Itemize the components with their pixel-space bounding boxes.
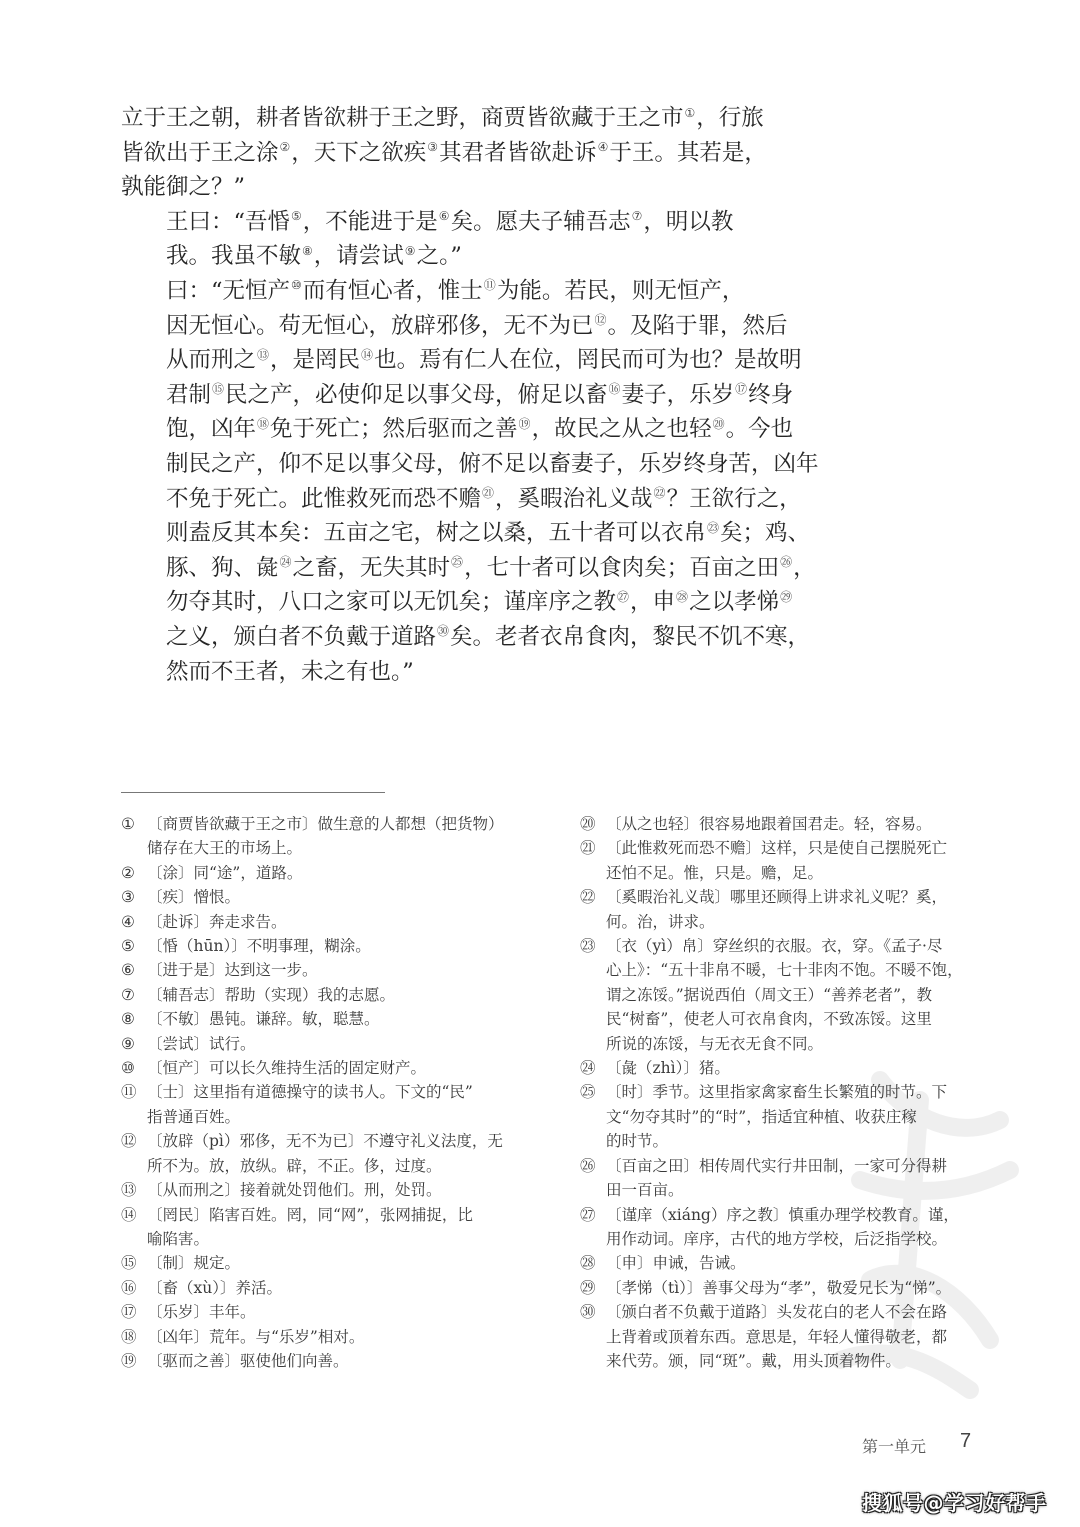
footnote-ref[interactable]: ㉚ [437, 624, 449, 638]
text-line: 豚、狗、彘㉔之畜，无失其时㉕，七十者可以食肉矣；百亩之田㉖， [121, 551, 756, 586]
text-line: 饱，凶年⑱免于死亡；然后驱而之善⑲，故民之从之也轻⑳。今也 [121, 412, 756, 447]
text-run: 民之产，必使仰足以事父母，俯足以畜 [225, 382, 608, 408]
footnote-number: ⑤ [121, 934, 143, 958]
footnote-text: 还怕不足。惟，只是。赡，足。 [606, 861, 975, 885]
footnotes-left-column: ①〔商贾皆欲藏于王之市〕做生意的人都想（把货物）储存在大王的市场上。②〔涂〕同“… [121, 812, 526, 1373]
footnote-text: 〔尝试〕试行。 [147, 1032, 526, 1056]
source-watermark: 搜狐号@学习好帮手 [862, 1487, 1047, 1516]
footnote-text: 〔进于是〕达到这一步。 [147, 958, 526, 982]
footnote: ③〔疾〕憎恨。 [121, 885, 526, 909]
footnote-text: 民“树畜”，使老人可衣帛食肉，不致冻馁。这里 [606, 1007, 975, 1031]
footnote-text: 田一百亩。 [606, 1178, 975, 1202]
page-number: 7 [960, 1430, 971, 1453]
text-run: ，申 [630, 589, 675, 615]
footnote-text: 的时节。 [606, 1129, 975, 1153]
text-run: 王曰：“吾惛 [166, 209, 290, 235]
footnote-number: ⑰ [121, 1300, 143, 1324]
text-run: ，明以教 [643, 209, 733, 235]
text-line: 则盍反其本矣：五亩之宅，树之以桑，五十者可以衣帛㉓矣；鸡、 [121, 516, 756, 551]
text-run: 之畜，无失其时 [293, 555, 451, 581]
footnote-number: ⑦ [121, 983, 143, 1007]
footnote-number: ㉚ [580, 1300, 602, 1324]
footnote-ref[interactable]: ⑬ [257, 348, 269, 362]
footnote-ref[interactable]: ㉓ [707, 521, 719, 535]
footnote-ref[interactable]: ⑭ [361, 348, 373, 362]
footnote-text: 〔驱而之善〕驱使他们向善。 [147, 1349, 526, 1373]
footnote-text: 〔彘（zhì）〕猪。 [606, 1056, 975, 1080]
footnote-text: 〔涂〕同“途”，道路。 [147, 861, 526, 885]
footnote: ㉓〔衣（yì）帛〕穿丝织的衣服。衣，穿。《孟子·尽心上》：“五十非帛不暖，七十非… [580, 934, 975, 1056]
footnote: ④〔赴诉〕奔走求告。 [121, 910, 526, 934]
footnote-number: ⑥ [121, 958, 143, 982]
footnote-ref[interactable]: ㉘ [676, 590, 688, 604]
text-run: 矣；鸡、 [720, 520, 810, 546]
text-line: 君制⑮民之产，必使仰足以事父母，俯足以畜⑯妻子，乐岁⑰终身 [121, 378, 756, 413]
text-run: 妻子，乐岁 [622, 382, 735, 408]
text-run: 则盍反其本矣：五亩之宅，树之以桑，五十者可以衣帛 [166, 520, 706, 546]
footnote: ⑰〔乐岁〕丰年。 [121, 1300, 526, 1324]
footnote-ref[interactable]: ② [280, 140, 291, 154]
footnote-text: 文“勿夺其时”的“时”，指适宜种植、收获庄稼 [606, 1105, 975, 1129]
footnote: ⑫〔放辟（pì）邪侈，无不为已〕不遵守礼义法度，无所不为。放，放纵。辟，不正。侈… [121, 1129, 526, 1178]
text-run: 皆欲出于王之涂 [121, 140, 279, 166]
footnote: ⑮〔制〕规定。 [121, 1251, 526, 1275]
text-run: 。及陷于罪，然后 [608, 313, 788, 339]
footnote-text: 〔此惟救死而恐不赡〕这样，只是使自己摆脱死亡 [606, 836, 975, 860]
footnote-ref[interactable]: ③ [427, 140, 438, 154]
text-run: 。今也 [726, 416, 794, 442]
footnote: ⑱〔凶年〕荒年。与“乐岁”相对。 [121, 1325, 526, 1349]
footnote-text: 心上》：“五十非帛不暖，七十非肉不饱。不暖不饱， [606, 958, 975, 982]
footnote-text: 〔疾〕憎恨。 [147, 885, 526, 909]
footnote-ref[interactable]: ⑪ [484, 278, 496, 292]
footnote-text: 何。治，讲求。 [606, 910, 975, 934]
footnote: ⑥〔进于是〕达到这一步。 [121, 958, 526, 982]
footnote-number: ⑭ [121, 1203, 143, 1227]
text-run: ， [793, 555, 816, 581]
footnote: ㉙〔孝悌（tì）〕善事父母为“孝”，敬爱兄长为“悌”。 [580, 1276, 975, 1300]
footnote-number: ④ [121, 910, 143, 934]
text-run: 终身 [748, 382, 793, 408]
unit-label: 第一单元 [862, 1434, 926, 1457]
footnote-text: 〔乐岁〕丰年。 [147, 1300, 526, 1324]
footnote: ⑲〔驱而之善〕驱使他们向善。 [121, 1349, 526, 1373]
footnote-ref[interactable]: ⑰ [735, 382, 747, 396]
footnote-ref[interactable]: ⑮ [212, 382, 224, 396]
footnote-number: ⑧ [121, 1007, 143, 1031]
footnote-text: 用作动词。庠序，古代的地方学校，后泛指学校。 [606, 1227, 975, 1251]
footnote: ⑨〔尝试〕试行。 [121, 1032, 526, 1056]
footnote: ㉒〔奚暇治礼义哉〕哪里还顾得上讲求礼义呢？奚，何。治，讲求。 [580, 885, 975, 934]
text-run: 饱，凶年 [166, 416, 256, 442]
text-run: 矣。老者衣帛食肉，黎民不饥不寒， [450, 624, 810, 650]
footnote: ㉔〔彘（zhì）〕猪。 [580, 1056, 975, 1080]
text-run: 也。焉有仁人在位，罔民而可为也？是故明 [374, 347, 802, 373]
footnote-text: 来代劳。颁，同“斑”。戴，用头顶着物件。 [606, 1349, 975, 1373]
footnote-number: ㉕ [580, 1080, 602, 1104]
footnote-number: ⑲ [121, 1349, 143, 1373]
text-run: 曰：“无恒产 [166, 278, 290, 304]
text-line: 王曰：“吾惛⑤，不能进于是⑥矣。愿夫子辅吾志⑦，明以教 [121, 205, 756, 240]
footnote-ref[interactable]: ⑲ [519, 417, 531, 431]
footnote-text: 〔制〕规定。 [147, 1251, 526, 1275]
text-run: 不免于死亡。此惟救死而恐不赡 [166, 486, 481, 512]
footnote-ref[interactable]: ㉒ [654, 486, 666, 500]
footnote-number: ㉔ [580, 1056, 602, 1080]
text-run: 然而不王者，未之有也。” [166, 659, 414, 685]
footnote-number: ⑬ [121, 1178, 143, 1202]
text-line: 立于王之朝，耕者皆欲耕于王之野，商贾皆欲藏于王之市①，行旅 [121, 101, 756, 136]
footnote: ㉑〔此惟救死而恐不赡〕这样，只是使自己摆脱死亡还怕不足。惟，只是。赡，足。 [580, 836, 975, 885]
footnote-ref[interactable]: ⑯ [609, 382, 621, 396]
text-run: 之以孝悌 [689, 589, 779, 615]
footnote-number: ㉘ [580, 1251, 602, 1275]
text-run: ，奚暇治礼义哉 [495, 486, 653, 512]
footnote-text: 〔颁白者不负戴于道路〕头发花白的老人不会在路 [606, 1300, 975, 1324]
footnote-number: ㉑ [580, 836, 602, 860]
footnotes-right-column: ⑳〔从之也轻〕很容易地跟着国君走。轻，容易。㉑〔此惟救死而恐不赡〕这样，只是使自… [580, 812, 975, 1373]
footnote: ⑳〔从之也轻〕很容易地跟着国君走。轻，容易。 [580, 812, 975, 836]
footnote-text: 〔惛（hūn）〕不明事理，糊涂。 [147, 934, 526, 958]
paragraph: 立于王之朝，耕者皆欲耕于王之野，商贾皆欲藏于王之市①，行旅皆欲出于王之涂②，天下… [121, 101, 756, 205]
footnote-ref[interactable]: ⑤ [291, 209, 302, 223]
footnote-ref[interactable]: ㉖ [780, 555, 792, 569]
footnote-text: 〔申〕申诫，告诫。 [606, 1251, 975, 1275]
text-line: 因无恒心。苟无恒心，放辟邪侈，无不为已⑫。及陷于罪，然后 [121, 309, 756, 344]
footnote-ref[interactable]: ㉔ [280, 555, 292, 569]
footnote-ref[interactable]: ⑨ [405, 244, 416, 258]
footnote-ref[interactable]: ㉙ [780, 590, 792, 604]
footnote-number: ㉖ [580, 1154, 602, 1178]
footnote: ⑬〔从而刑之〕接着就处罚他们。刑，处罚。 [121, 1178, 526, 1202]
text-run: 矣。愿夫子辅吾志 [451, 209, 631, 235]
text-run: ，天下之欲疾 [291, 140, 426, 166]
text-run: ，是罔民 [270, 347, 360, 373]
text-line: 之义，颁白者不负戴于道路㉚矣。老者衣帛食肉，黎民不饥不寒， [121, 620, 756, 655]
footnote-ref[interactable]: ⑦ [632, 209, 643, 223]
footnote-number: ⑱ [121, 1325, 143, 1349]
footnote-text: 谓之冻馁。”据说西伯（周文王）“善养老者”，教 [606, 983, 975, 1007]
footnote-number: ㉓ [580, 934, 602, 958]
text-run: 孰能御之？” [121, 174, 245, 200]
footnote-number: ㉙ [580, 1276, 602, 1300]
footnote-number: ① [121, 812, 143, 836]
text-line: 制民之产，仰不足以事父母，俯不足以畜妻子，乐岁终身苦，凶年 [121, 447, 756, 482]
footnote-ref[interactable]: ④ [598, 140, 609, 154]
footnote: ⑩〔恒产〕可以长久维持生活的固定财产。 [121, 1056, 526, 1080]
paragraph: 曰：“无恒产⑩而有恒心者，惟士⑪为能。若民，则无恒产，因无恒心。苟无恒心，放辟邪… [121, 274, 756, 689]
footnote-ref[interactable]: ⑥ [439, 209, 450, 223]
footnote-text: 所不为。放，放纵。辟，不正。侈，过度。 [147, 1154, 526, 1178]
footnote-number: ⑳ [580, 812, 602, 836]
footnote-text: 〔士〕这里指有道德操守的读书人。下文的“民” [147, 1080, 526, 1104]
footnote-text: 喻陷害。 [147, 1227, 526, 1251]
text-run: ？王欲行之， [667, 486, 802, 512]
footnote-ref[interactable]: ㉑ [482, 486, 494, 500]
footnote-number: ⑨ [121, 1032, 143, 1056]
text-run: 制民之产，仰不足以事父母，俯不足以畜妻子，乐岁终身苦，凶年 [166, 451, 819, 477]
footnote-text: 〔孝悌（tì）〕善事父母为“孝”，敬爱兄长为“悌”。 [606, 1276, 975, 1300]
footnote-ref[interactable]: ⑳ [713, 417, 725, 431]
footnote-number: ⑯ [121, 1276, 143, 1300]
text-run: 之。” [417, 243, 462, 269]
footnote-text: 储存在大王的市场上。 [147, 836, 526, 860]
footnote-number: ㉒ [580, 885, 602, 909]
text-run: 从而刑之 [166, 347, 256, 373]
footnote-text: 〔从而刑之〕接着就处罚他们。刑，处罚。 [147, 1178, 526, 1202]
text-run: 立于王之朝，耕者皆欲耕于王之野，商贾皆欲藏于王之市 [121, 105, 684, 131]
footnote: ㉗〔谨庠（xiáng）序之教〕慎重办理学校教育。谨，用作动词。庠序，古代的地方学… [580, 1203, 975, 1252]
text-run: 免于死亡；然后驱而之善 [270, 416, 518, 442]
footnote-text: 〔谨庠（xiáng）序之教〕慎重办理学校教育。谨， [606, 1203, 975, 1227]
footnote-number: ⑪ [121, 1080, 143, 1104]
footnote-ref[interactable]: ㉗ [617, 590, 629, 604]
footnote-text: 〔赴诉〕奔走求告。 [147, 910, 526, 934]
footnote: ㉖〔百亩之田〕相传周代实行井田制，一家可分得耕田一百亩。 [580, 1154, 975, 1203]
text-run: 于王。其若是， [609, 140, 767, 166]
footnote: ⑧〔不敏〕愚钝。谦辞。敏，聪慧。 [121, 1007, 526, 1031]
footnote-text: 〔凶年〕荒年。与“乐岁”相对。 [147, 1325, 526, 1349]
paragraph: 王曰：“吾惛⑤，不能进于是⑥矣。愿夫子辅吾志⑦，明以教我。我虽不敏⑧，请尝试⑨之… [121, 205, 756, 274]
text-run: 因无恒心。苟无恒心，放辟邪侈，无不为已 [166, 313, 594, 339]
text-run: ，请尝试 [314, 243, 404, 269]
footnote: ②〔涂〕同“途”，道路。 [121, 861, 526, 885]
text-line: 我。我虽不敏⑧，请尝试⑨之。” [121, 239, 756, 274]
footnote-text: 〔放辟（pì）邪侈，无不为已〕不遵守礼义法度，无 [147, 1129, 526, 1153]
text-line: 勿夺其时，八口之家可以无饥矣；谨庠序之教㉗，申㉘之以孝悌㉙ [121, 585, 756, 620]
footnote-number: ㉗ [580, 1203, 602, 1227]
text-run: 君制 [166, 382, 211, 408]
text-run: ，不能进于是 [303, 209, 438, 235]
footnote: ㉕〔时〕季节。这里指家禽家畜生长繁殖的时节。下文“勿夺其时”的“时”，指适宜种植… [580, 1080, 975, 1153]
footnote: ⑯〔畜（xù）〕养活。 [121, 1276, 526, 1300]
footnote-text: 〔辅吾志〕帮助（实现）我的志愿。 [147, 983, 526, 1007]
footnote-ref[interactable]: ⑩ [291, 278, 302, 292]
footnote-ref[interactable]: ⑫ [595, 313, 607, 327]
text-line: 从而刑之⑬，是罔民⑭也。焉有仁人在位，罔民而可为也？是故明 [121, 343, 756, 378]
footnote-number: ⑮ [121, 1251, 143, 1275]
footnote-text: 〔商贾皆欲藏于王之市〕做生意的人都想（把货物） [147, 812, 526, 836]
text-run: 勿夺其时，八口之家可以无饥矣；谨庠序之教 [166, 589, 616, 615]
main-text: 立于王之朝，耕者皆欲耕于王之野，商贾皆欲藏于王之市①，行旅皆欲出于王之涂②，天下… [121, 101, 756, 689]
text-run: 豚、狗、彘 [166, 555, 279, 581]
text-line: 曰：“无恒产⑩而有恒心者，惟士⑪为能。若民，则无恒产， [121, 274, 756, 309]
footnote-ref[interactable]: ① [685, 106, 696, 120]
footnote-text: 〔畜（xù）〕养活。 [147, 1276, 526, 1300]
footnote-number: ③ [121, 885, 143, 909]
textbook-page: 立于王之朝，耕者皆欲耕于王之野，商贾皆欲藏于王之市①，行旅皆欲出于王之涂②，天下… [0, 0, 1080, 1527]
footnote-text: 所说的冻馁，与无衣无食不同。 [606, 1032, 975, 1056]
text-run: 我。我虽不敏 [166, 243, 301, 269]
footnote-text: 〔恒产〕可以长久维持生活的固定财产。 [147, 1056, 526, 1080]
text-run: 之义，颁白者不负戴于道路 [166, 624, 436, 650]
footnote: ㉚〔颁白者不负戴于道路〕头发花白的老人不会在路上背着或顶着东西。意思是，年轻人懂… [580, 1300, 975, 1373]
text-run: ，七十者可以食肉矣；百亩之田 [464, 555, 779, 581]
footnote-ref[interactable]: ㉕ [451, 555, 463, 569]
footnote: ⑤〔惛（hūn）〕不明事理，糊涂。 [121, 934, 526, 958]
text-run: 其君者皆欲赴诉 [439, 140, 597, 166]
footnote: ㉘〔申〕申诫，告诫。 [580, 1251, 975, 1275]
text-line: 孰能御之？” [121, 170, 756, 205]
footnote: ⑭〔罔民〕陷害百姓。罔，同“网”，张网捕捉，比喻陷害。 [121, 1203, 526, 1252]
footnote-text: 〔罔民〕陷害百姓。罔，同“网”，张网捕捉，比 [147, 1203, 526, 1227]
footnote-text: 〔奚暇治礼义哉〕哪里还顾得上讲求礼义呢？奚， [606, 885, 975, 909]
text-line: 不免于死亡。此惟救死而恐不赡㉑，奚暇治礼义哉㉒？王欲行之， [121, 482, 756, 517]
footnote-text: 〔衣（yì）帛〕穿丝织的衣服。衣，穿。《孟子·尽 [606, 934, 975, 958]
text-run: 而有恒心者，惟士 [303, 278, 483, 304]
footnote: ⑦〔辅吾志〕帮助（实现）我的志愿。 [121, 983, 526, 1007]
footnote-text: 上背着或顶着东西。意思是，年轻人懂得敬老，都 [606, 1325, 975, 1349]
footnote-ref[interactable]: ⑱ [257, 417, 269, 431]
footnote-text: 指普通百姓。 [147, 1105, 526, 1129]
footnote-number: ⑩ [121, 1056, 143, 1080]
footnote-text: 〔百亩之田〕相传周代实行井田制，一家可分得耕 [606, 1154, 975, 1178]
text-run: ，故民之从之也轻 [532, 416, 712, 442]
text-line: 皆欲出于王之涂②，天下之欲疾③其君者皆欲赴诉④于王。其若是， [121, 136, 756, 171]
footnote-text: 〔从之也轻〕很容易地跟着国君走。轻，容易。 [606, 812, 975, 836]
footnote-text: 〔时〕季节。这里指家禽家畜生长繁殖的时节。下 [606, 1080, 975, 1104]
footnote-number: ⑫ [121, 1129, 143, 1153]
text-line: 然而不王者，未之有也。” [121, 655, 756, 690]
text-run: 为能。若民，则无恒产， [497, 278, 745, 304]
footnote-text: 〔不敏〕愚钝。谦辞。敏，聪慧。 [147, 1007, 526, 1031]
footnote: ①〔商贾皆欲藏于王之市〕做生意的人都想（把货物）储存在大王的市场上。 [121, 812, 526, 861]
footnote-separator [121, 792, 385, 793]
footnote: ⑪〔士〕这里指有道德操守的读书人。下文的“民”指普通百姓。 [121, 1080, 526, 1129]
text-run: ，行旅 [696, 105, 764, 131]
footnote-number: ② [121, 861, 143, 885]
footnote-ref[interactable]: ⑧ [302, 244, 313, 258]
